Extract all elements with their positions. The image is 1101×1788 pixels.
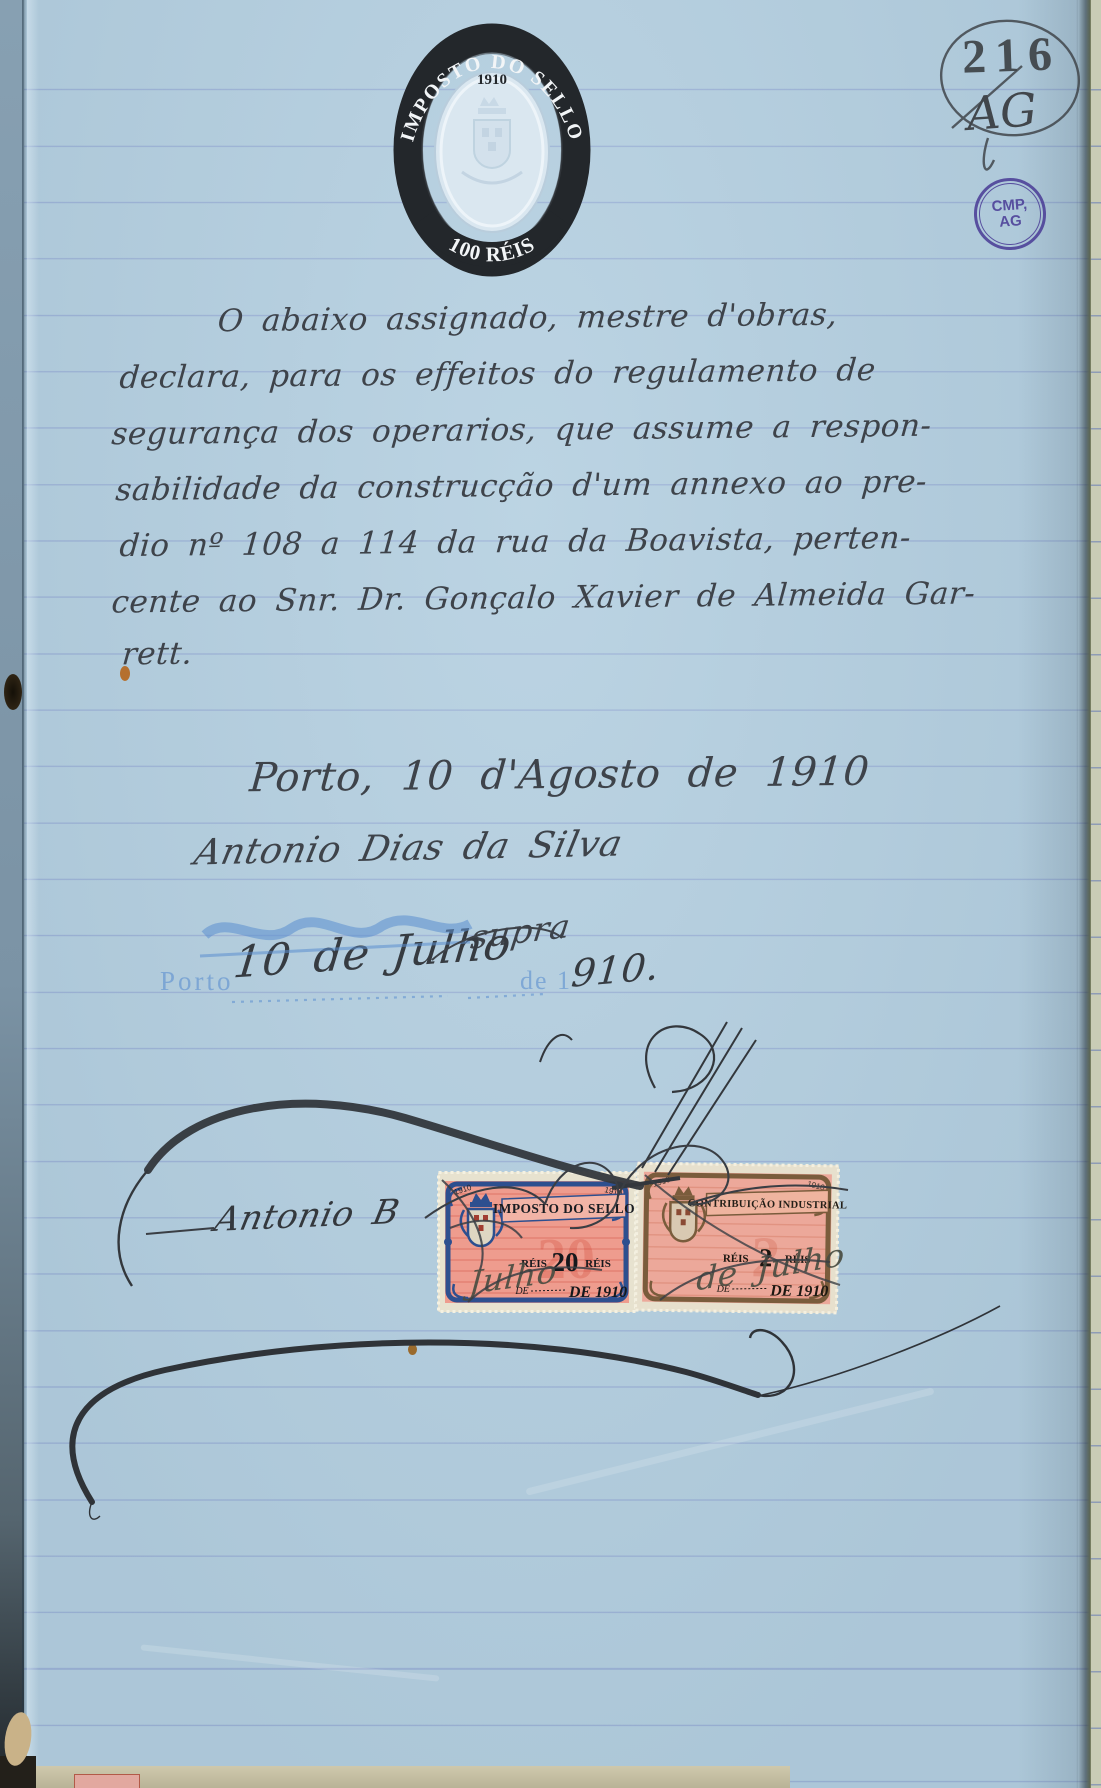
bottom-page-edge xyxy=(30,1766,790,1788)
paper-crease xyxy=(141,1644,440,1681)
second-signature: Antonio B xyxy=(211,1192,403,1240)
imposto-do-sello-seal: IMPOSTO DO SELLO 1910 100 RÉIS xyxy=(392,22,592,280)
body-line-4: sabilidade da construcção d'um annexo ao… xyxy=(114,464,928,508)
body-line-3: segurança dos operarios, que assume a re… xyxy=(110,408,933,453)
brown-fleck xyxy=(408,1344,417,1355)
adjacent-page-edge xyxy=(1090,0,1101,1788)
paper-crease xyxy=(525,1387,934,1495)
page-curvature-shade xyxy=(1018,0,1078,1788)
paper-hole xyxy=(4,674,22,710)
stamp-year-line: DE 1910 xyxy=(769,1282,828,1300)
fold-highlight xyxy=(27,0,39,1788)
declarant-signature: Antonio Dias da Silva xyxy=(191,824,626,874)
stamp-year-line: DE 1910 xyxy=(568,1284,627,1301)
seal-year: 1910 xyxy=(477,72,507,88)
body-line-2: declara, para os effeitos do regulamento… xyxy=(118,352,877,396)
body-line-7: rett. xyxy=(121,636,194,673)
body-line-6: cente ao Snr. Dr. Gonçalo Xavier de Alme… xyxy=(110,575,977,620)
underlying-stamp-peek xyxy=(74,1774,140,1788)
handwritten-day-month: 10 de Julho xyxy=(231,918,514,988)
registry-number: 216 xyxy=(961,26,1062,84)
document-scan: IMPOSTO DO SELLO 1910 100 RÉIS 216 CMP, … xyxy=(0,0,1101,1788)
body-line-5: dio nº 108 a 114 da rua da Boavista, per… xyxy=(118,520,912,564)
stamp-title: IMPOSTO DO SELLO xyxy=(493,1201,635,1216)
handwritten-year: 910. xyxy=(570,944,662,995)
page-gap-shadow xyxy=(1076,0,1090,1788)
blue-stamp-de-1: de 1 xyxy=(520,966,572,996)
dateline: Porto, 10 d'Agosto de 1910 xyxy=(248,749,871,801)
body-line-1: O abaixo assignado, mestre d'obras, xyxy=(216,297,839,339)
binding-gutter xyxy=(0,0,24,1788)
stamp-title: CONTRIBUIÇÃO INDUSTRIAL xyxy=(688,1197,848,1211)
round-stamp-line2: AG xyxy=(999,213,1023,231)
blue-stamp-porto: Porto xyxy=(160,966,234,997)
stamp-reis-right: RÉIS xyxy=(585,1258,611,1270)
